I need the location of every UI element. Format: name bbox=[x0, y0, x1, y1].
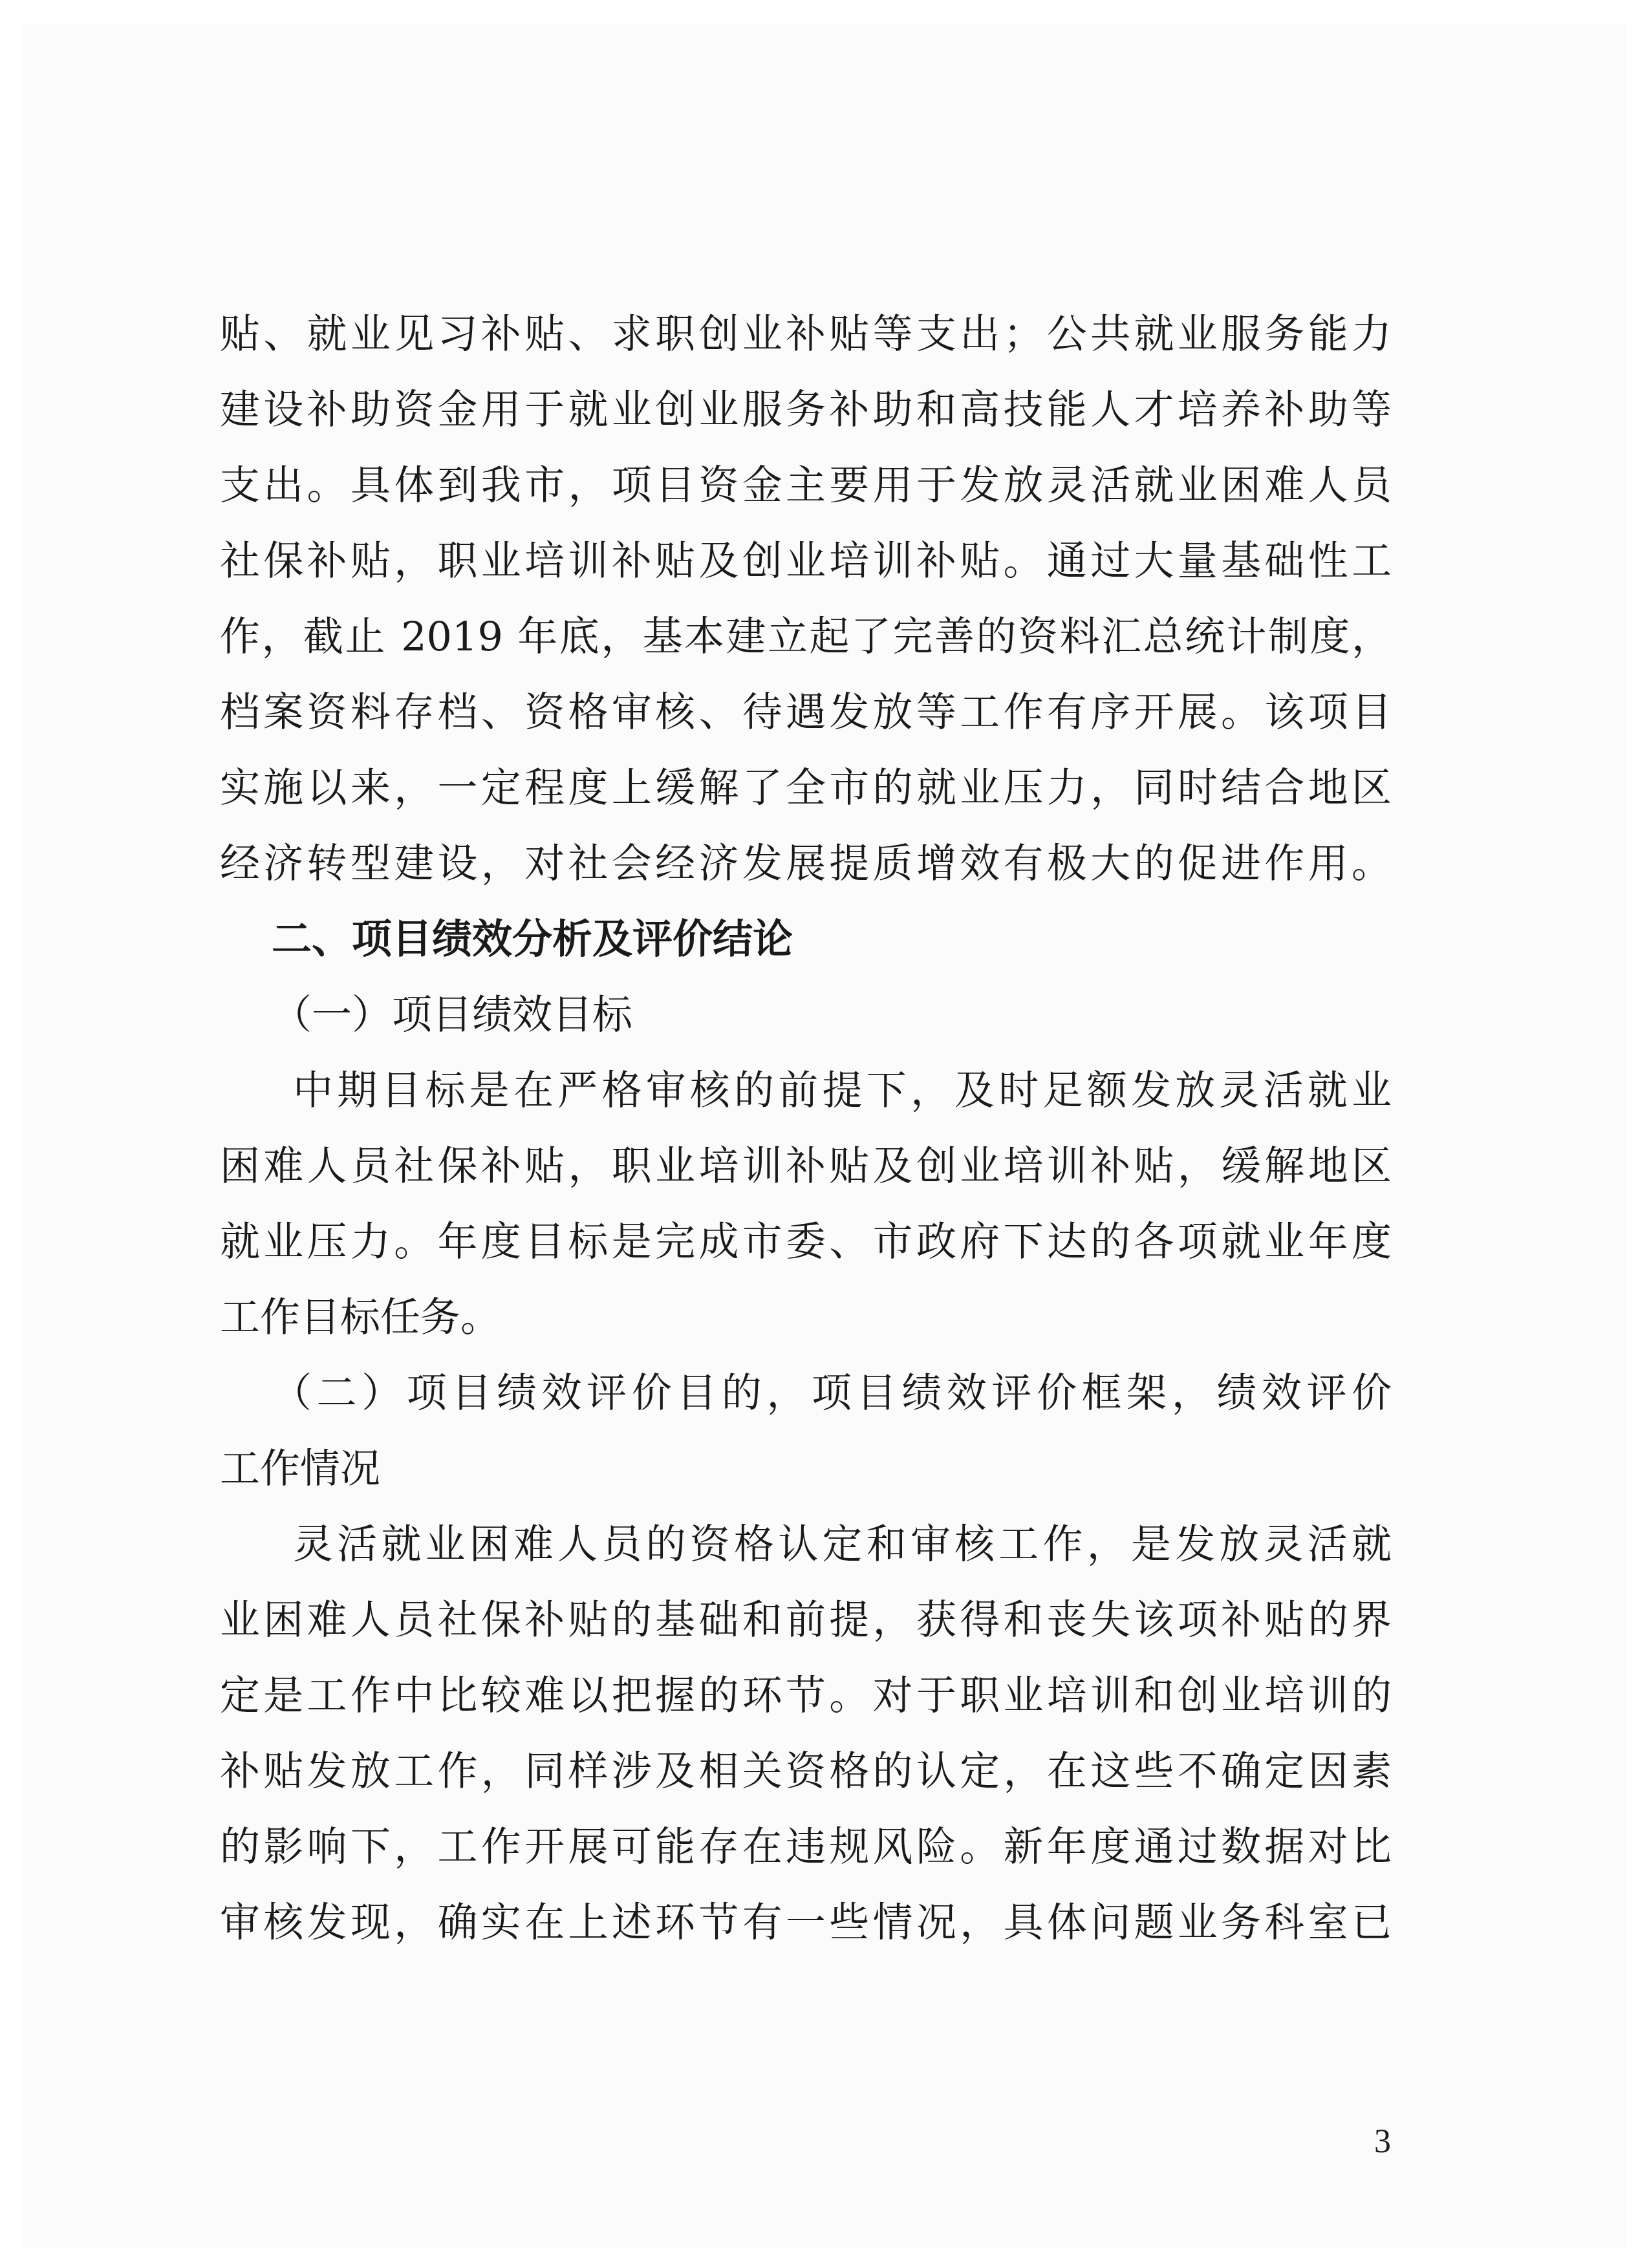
section-heading: 二、项目绩效分析及评价结论 bbox=[272, 917, 1392, 962]
paragraph-start-line: 中期目标是在严格审核的前提下，及时足额发放灵活就业 bbox=[293, 1068, 1392, 1113]
body-line: 业困难人员社保补贴的基础和前提，获得和丧失该项补贴的界 bbox=[220, 1598, 1392, 1643]
body-line: 经济转型建设，对社会经济发展提质增效有极大的促进作用。 bbox=[220, 841, 1392, 886]
body-line: 贴、就业见习补贴、求职创业补贴等支出；公共就业服务能力 bbox=[220, 312, 1392, 357]
body-line: 社保补贴，职业培训补贴及创业培训补贴。通过大量基础性工 bbox=[220, 539, 1392, 584]
body-line: 补贴发放工作，同样涉及相关资格的认定，在这些不确定因素 bbox=[220, 1749, 1392, 1794]
subsection-heading: （二）项目绩效评价目的，项目绩效评价框架，绩效评价 bbox=[272, 1371, 1392, 1416]
subsection-heading: （一）项目绩效目标 bbox=[272, 992, 1392, 1038]
paragraph-start-line: 灵活就业困难人员的资格认定和审核工作，是发放灵活就 bbox=[293, 1522, 1392, 1567]
body-line: 支出。具体到我市，项目资金主要用于发放灵活就业困难人员 bbox=[220, 463, 1392, 508]
body-line: 作，截止 2019 年底，基本建立起了完善的资料汇总统计制度， bbox=[220, 614, 1392, 659]
body-line: 就业压力。年度目标是完成市委、市政府下达的各项就业年度 bbox=[220, 1219, 1392, 1265]
subsection-heading-continuation: 工作情况 bbox=[220, 1446, 1392, 1492]
body-line: 困难人员社保补贴，职业培训补贴及创业培训补贴，缓解地区 bbox=[220, 1144, 1392, 1189]
body-line: 档案资料存档、资格审核、待遇发放等工作有序开展。该项目 bbox=[220, 690, 1392, 735]
body-line: 定是工作中比较难以把握的环节。对于职业培训和创业培训的 bbox=[220, 1673, 1392, 1718]
body-line: 的影响下，工作开展可能存在违规风险。新年度通过数据对比 bbox=[220, 1824, 1392, 1870]
body-line: 实施以来，一定程度上缓解了全市的就业压力，同时结合地区 bbox=[220, 765, 1392, 811]
body-line: 建设补助资金用于就业创业服务补助和高技能人才培养补助等 bbox=[220, 387, 1392, 433]
body-line: 审核发现，确实在上述环节有一些情况，具体问题业务科室已 bbox=[220, 1900, 1392, 1945]
paragraph-end-line: 工作目标任务。 bbox=[220, 1295, 1392, 1340]
page-number: 3 bbox=[1374, 2123, 1391, 2161]
